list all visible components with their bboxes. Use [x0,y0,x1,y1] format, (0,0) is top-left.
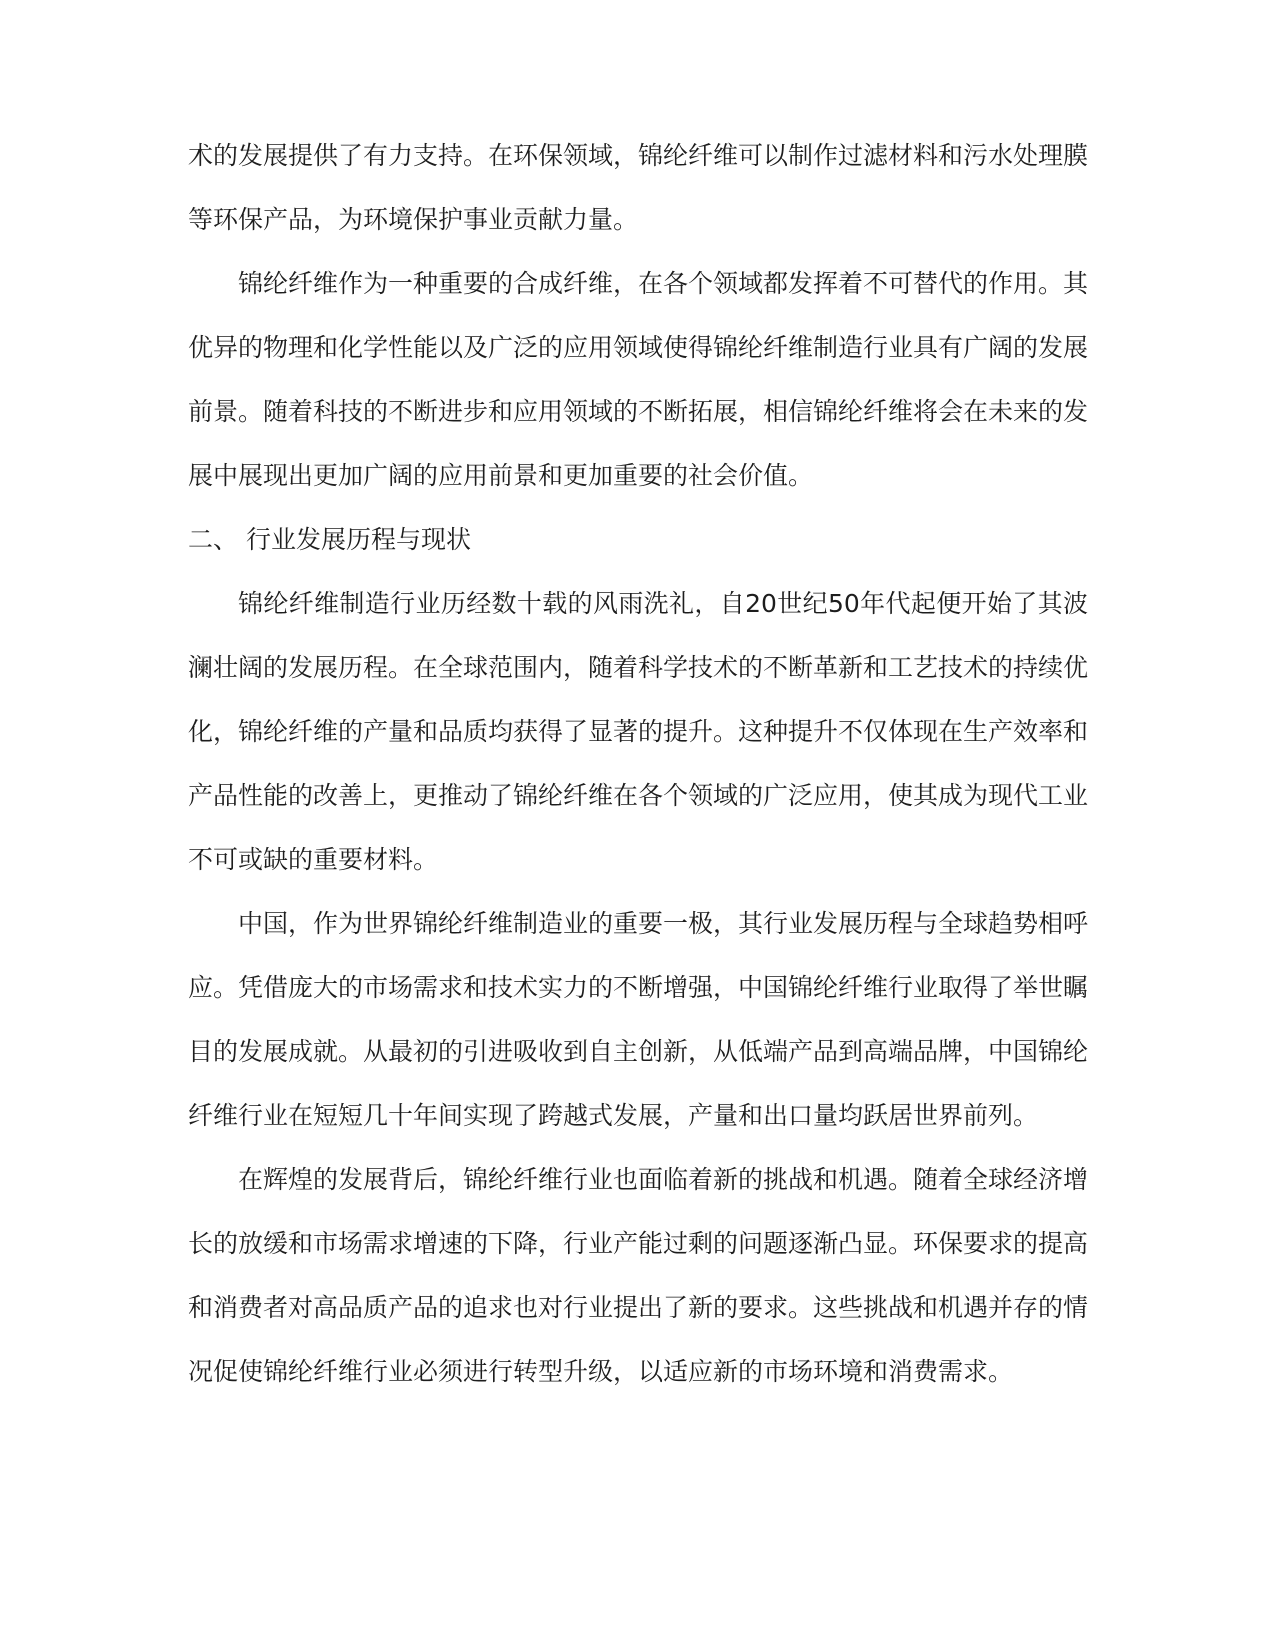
paragraph-line: 产品性能的改善上，更推动了锦纶纤维在各个领域的广泛应用，使其成为现代工业 [188,764,1088,828]
paragraph-line: 不可或缺的重要材料。 [188,828,1088,892]
paragraph-line: 纤维行业在短短几十年间实现了跨越式发展，产量和出口量均跃居世界前列。 [188,1084,1088,1148]
paragraph-line: 锦纶纤维作为一种重要的合成纤维，在各个领域都发挥着不可替代的作用。其 [188,252,1088,316]
paragraph-line: 在辉煌的发展背后，锦纶纤维行业也面临着新的挑战和机遇。随着全球经济增 [188,1148,1088,1212]
paragraph-line: 锦纶纤维制造行业历经数十载的风雨洗礼，自20世纪50年代起便开始了其波 [188,572,1088,636]
paragraph-line: 目的发展成就。从最初的引进吸收到自主创新，从低端产品到高端品牌，中国锦纶 [188,1020,1088,1084]
paragraph-line: 况促使锦纶纤维行业必须进行转型升级，以适应新的市场环境和消费需求。 [188,1340,1088,1404]
paragraph-line: 前景。随着科技的不断进步和应用领域的不断拓展，相信锦纶纤维将会在未来的发 [188,380,1088,444]
paragraph-line: 术的发展提供了有力支持。在环保领域，锦纶纤维可以制作过滤材料和污水处理膜 [188,124,1088,188]
paragraph-line: 和消费者对高品质产品的追求也对行业提出了新的要求。这些挑战和机遇并存的情 [188,1276,1088,1340]
paragraph-line: 澜壮阔的发展历程。在全球范围内，随着科学技术的不断革新和工艺技术的持续优 [188,636,1088,700]
paragraph-line: 中国，作为世界锦纶纤维制造业的重要一极，其行业发展历程与全球趋势相呼 [188,892,1088,956]
paragraph-line: 化，锦纶纤维的产量和品质均获得了显著的提升。这种提升不仅体现在生产效率和 [188,700,1088,764]
paragraph-line: 应。凭借庞大的市场需求和技术实力的不断增强，中国锦纶纤维行业取得了举世瞩 [188,956,1088,1020]
document-page: 术的发展提供了有力支持。在环保领域，锦纶纤维可以制作过滤材料和污水处理膜 等环保… [0,0,1275,1650]
paragraph-line: 等环保产品，为环境保护事业贡献力量。 [188,188,1088,252]
section-heading: 二、 行业发展历程与现状 [188,508,1088,572]
document-text-block: 术的发展提供了有力支持。在环保领域，锦纶纤维可以制作过滤材料和污水处理膜 等环保… [188,124,1088,1404]
paragraph-line: 优异的物理和化学性能以及广泛的应用领域使得锦纶纤维制造行业具有广阔的发展 [188,316,1088,380]
paragraph-line: 展中展现出更加广阔的应用前景和更加重要的社会价值。 [188,444,1088,508]
paragraph-line: 长的放缓和市场需求增速的下降，行业产能过剩的问题逐渐凸显。环保要求的提高 [188,1212,1088,1276]
